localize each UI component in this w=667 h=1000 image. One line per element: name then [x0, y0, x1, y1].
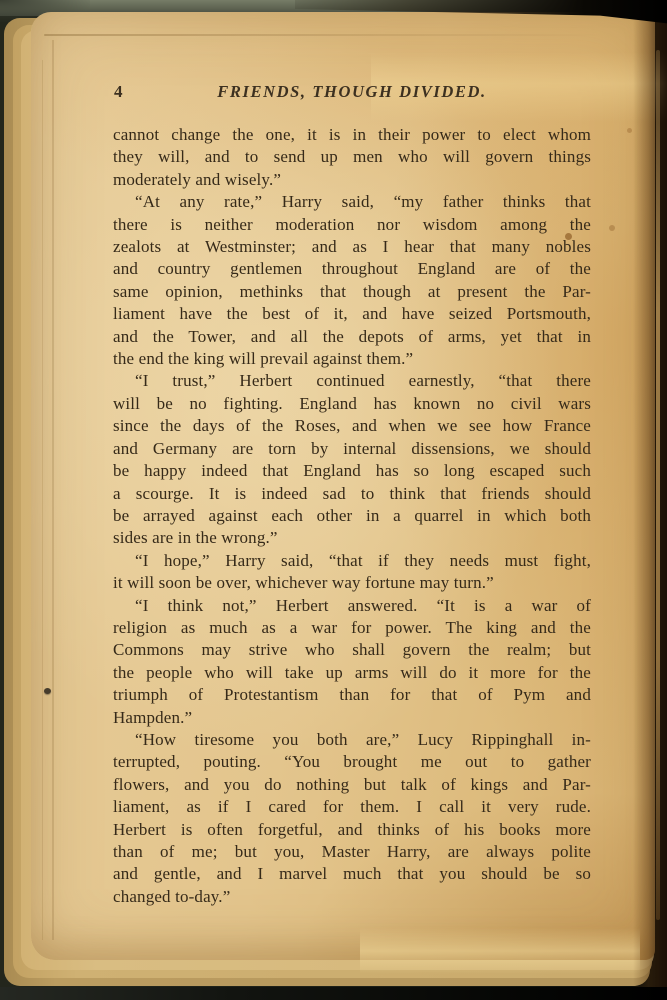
page-header: 4 FRIENDS, THOUGH DIVIDED.: [113, 82, 591, 102]
running-header-title: FRIENDS, THOUGH DIVIDED.: [113, 82, 591, 102]
text-line: and Germany are torn by internal dissens…: [113, 438, 591, 460]
page-fore-edge-highlight: [656, 50, 660, 920]
text-line: the people who will take up arms will do…: [113, 662, 591, 684]
text-line: and the Tower, and all the depots of arm…: [113, 326, 591, 348]
text-line: the end the king will prevail against th…: [113, 348, 591, 370]
foxing-spot: [565, 233, 572, 240]
text-line: Hampden.”: [113, 707, 591, 729]
text-line: “At any rate,” Harry said, “my father th…: [113, 191, 591, 213]
paragraph: cannot change the one, it is in their po…: [113, 124, 591, 191]
text-line: liament, as if I cared for them. I call …: [113, 796, 591, 818]
text-line: since the days of the Roses, and when we…: [113, 415, 591, 437]
text-line: changed to-day.”: [113, 886, 591, 908]
text-line: same opinion, methinks that though at pr…: [113, 281, 591, 303]
text-line: be arrayed against each other in a quarr…: [113, 505, 591, 527]
text-line: terrupted, pouting. “You brought me out …: [113, 751, 591, 773]
text-line: religion as much as a war for power. The…: [113, 617, 591, 639]
text-line: and gentle, and I marvel much that you s…: [113, 863, 591, 885]
book-cover-bottom-edge: [0, 987, 667, 1000]
page-crease-horizontal: [44, 34, 604, 36]
page-crease-vertical: [52, 40, 54, 940]
ink-speck: [44, 688, 51, 694]
foxing-spot: [627, 128, 632, 133]
page-text: cannot change the one, it is in their po…: [113, 124, 591, 908]
foxing-spot: [609, 225, 615, 231]
text-line: Herbert is often forgetful, and thinks o…: [113, 819, 591, 841]
text-line: liament have the best of it, and have se…: [113, 303, 591, 325]
text-line: zealots at Westminster; and as I hear th…: [113, 236, 591, 258]
text-line: triumph of Protestantism than for that o…: [113, 684, 591, 706]
text-line: flowers, and you do nothing but talk of …: [113, 774, 591, 796]
text-line: cannot change the one, it is in their po…: [113, 124, 591, 146]
text-line: it will soon be over, whichever way fort…: [113, 572, 591, 594]
paragraph: “I hope,” Harry said, “that if they need…: [113, 550, 591, 595]
text-line: “I think not,” Herbert answered. “It is …: [113, 595, 591, 617]
text-line: there is neither moderation nor wisdom a…: [113, 214, 591, 236]
text-line: moderately and wisely.”: [113, 169, 591, 191]
paragraph: “I think not,” Herbert answered. “It is …: [113, 595, 591, 729]
text-line: be happy indeed that England has so long…: [113, 460, 591, 482]
paragraph: “At any rate,” Harry said, “my father th…: [113, 191, 591, 370]
text-line: “I hope,” Harry said, “that if they need…: [113, 550, 591, 572]
book-page: 4 FRIENDS, THOUGH DIVIDED. cannot change…: [31, 12, 655, 960]
text-line: “I trust,” Herbert continued earnestly, …: [113, 370, 591, 392]
gutter-shadow-right: [633, 0, 667, 1000]
paragraph: “I trust,” Herbert continued earnestly, …: [113, 370, 591, 549]
page-number: 4: [114, 82, 124, 102]
text-line: Commons may strive who shall govern the …: [113, 639, 591, 661]
text-line: a scourge. It is indeed sad to think tha…: [113, 483, 591, 505]
text-line: will be no fighting. England has known n…: [113, 393, 591, 415]
text-line: “How tiresome you both are,” Lucy Rippin…: [113, 729, 591, 751]
text-line: they will, and to send up men who will g…: [113, 146, 591, 168]
text-line: than of me; but you, Master Harry, are a…: [113, 841, 591, 863]
page-crease-vertical-2: [42, 60, 43, 940]
text-line: and country gentlemen throughout England…: [113, 258, 591, 280]
scanned-book-page-photo: 4 FRIENDS, THOUGH DIVIDED. cannot change…: [0, 0, 667, 1000]
paragraph: “How tiresome you both are,” Lucy Rippin…: [113, 729, 591, 908]
text-line: sides are in the wrong.”: [113, 527, 591, 549]
